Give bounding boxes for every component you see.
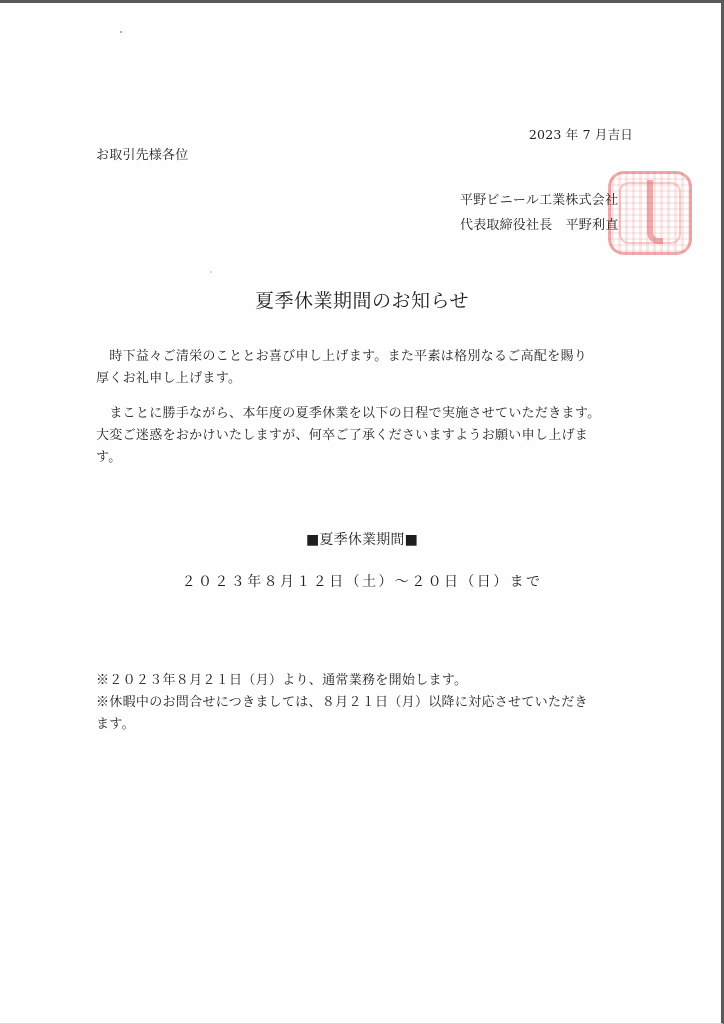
greeting-paragraph: 時下益々ご清栄のこととお喜び申し上げます。また平素は格別なるご高配を賜り 厚くお…: [96, 346, 656, 390]
note-line-1: ※２０２３年８月２１日（月）より、通常業務を開始します。: [96, 670, 656, 692]
scanned-document-page: 2023 年 7 月吉日 お取引先様各位 平野ビニール工業株式会社 代表取締役社…: [0, 0, 724, 1024]
document-title: 夏季休業期間のお知らせ: [0, 288, 724, 314]
scan-speck: [210, 271, 212, 273]
notes-section: ※２０２３年８月２１日（月）より、通常業務を開始します。 ※休暇中のお問合せにつ…: [96, 670, 656, 736]
sender-representative: 代表取締役社長 平野利直: [460, 216, 618, 236]
holiday-period-heading: ■夏季休業期間■: [0, 530, 724, 550]
document-date: 2023 年 7 月吉日: [529, 125, 633, 145]
scan-speck: [120, 31, 122, 33]
announcement-paragraph: まことに勝手ながら、本年度の夏季休業を以下の日程で実施させていただきます。 大変…: [96, 403, 656, 469]
announcement-line-1: まことに勝手ながら、本年度の夏季休業を以下の日程で実施させていただきます。: [96, 403, 656, 425]
company-seal-icon: [608, 171, 692, 255]
greeting-line-1: 時下益々ご清栄のこととお喜び申し上げます。また平素は格別なるご高配を賜り: [96, 346, 656, 368]
announcement-line-3: す。: [96, 447, 656, 469]
note-line-2: ※休暇中のお問合せにつきましては、８月２１日（月）以降に対応させていただき: [96, 692, 656, 714]
announcement-line-2: 大変ご迷惑をおかけいたしますが、何卒ご了承くださいますようお願い申し上げま: [96, 425, 656, 447]
holiday-period-dates: ２０２３年８月１２日（土）～２０日（日）まで: [0, 571, 724, 593]
greeting-line-2: 厚くお礼申し上げます。: [96, 368, 656, 390]
note-line-3: ます。: [96, 714, 656, 736]
recipient-line: お取引先様各位: [96, 146, 188, 166]
seal-character-stroke: [647, 180, 663, 244]
sender-company: 平野ビニール工業株式会社: [460, 191, 618, 211]
